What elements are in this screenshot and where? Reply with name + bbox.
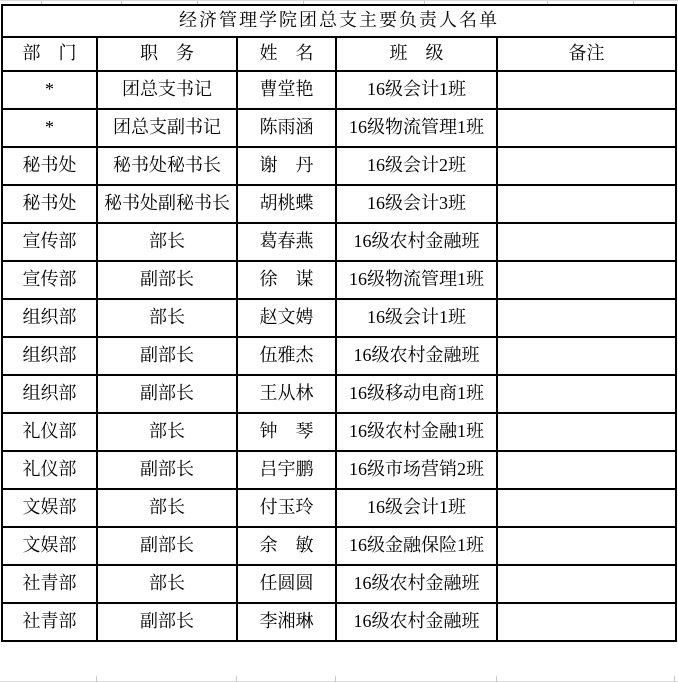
name-cell: 李湘琳: [237, 603, 336, 641]
name-cell: 谢 丹: [237, 147, 336, 185]
column-header-class: 班 级: [336, 37, 497, 71]
remark-cell: [497, 71, 676, 109]
department-cell: 礼仪部: [2, 451, 97, 489]
department-cell: 宣传部: [2, 261, 97, 299]
position-cell: 部长: [97, 489, 237, 527]
position-cell: 副部长: [97, 261, 237, 299]
page-title: 经济管理学院团总支主要负责人名单: [2, 5, 676, 37]
table-row: 组织部副部长王从林16级移动电商1班: [2, 375, 676, 413]
class-cell: 16级农村金融1班: [336, 413, 497, 451]
class-cell: 16级市场营销2班: [336, 451, 497, 489]
table-row: 秘书处秘书处副秘书长胡桃蝶16级会计3班: [2, 185, 676, 223]
table-row: *团总支副书记陈雨涵16级物流管理1班: [2, 109, 676, 147]
position-cell: 部长: [97, 299, 237, 337]
class-cell: 16级农村金融班: [336, 223, 497, 261]
department-cell: *: [2, 109, 97, 147]
table-row: 社青部副部长李湘琳16级农村金融班: [2, 603, 676, 641]
class-cell: 16级会计1班: [336, 299, 497, 337]
table-body: *团总支书记曹堂艳16级会计1班*团总支副书记陈雨涵16级物流管理1班秘书处秘书…: [2, 71, 676, 641]
position-cell: 部长: [97, 413, 237, 451]
name-cell: 徐 谋: [237, 261, 336, 299]
remark-cell: [497, 527, 676, 565]
class-cell: 16级金融保险1班: [336, 527, 497, 565]
table-row: 文娱部部长付玉玲16级会计1班: [2, 489, 676, 527]
position-cell: 团总支书记: [97, 71, 237, 109]
roster-table: 经济管理学院团总支主要负责人名单 部 门职 务姓 名班 级备注 *团总支书记曹堂…: [1, 4, 677, 642]
header-row: 部 门职 务姓 名班 级备注: [2, 37, 676, 71]
class-cell: 16级移动电商1班: [336, 375, 497, 413]
table-row: 礼仪部副部长吕宇鹏16级市场营销2班: [2, 451, 676, 489]
name-cell: 陈雨涵: [237, 109, 336, 147]
column-header-remark: 备注: [497, 37, 676, 71]
column-header-position: 职 务: [97, 37, 237, 71]
remark-cell: [497, 489, 676, 527]
department-cell: 文娱部: [2, 489, 97, 527]
name-cell: 王从林: [237, 375, 336, 413]
remark-cell: [497, 451, 676, 489]
position-cell: 副部长: [97, 527, 237, 565]
position-cell: 副部长: [97, 337, 237, 375]
class-cell: 16级会计1班: [336, 489, 497, 527]
table-row: 礼仪部部长钟 琴16级农村金融1班: [2, 413, 676, 451]
remark-cell: [497, 413, 676, 451]
name-cell: 吕宇鹏: [237, 451, 336, 489]
position-cell: 秘书处秘书长: [97, 147, 237, 185]
column-header-department: 部 门: [2, 37, 97, 71]
name-cell: 胡桃蝶: [237, 185, 336, 223]
remark-cell: [497, 223, 676, 261]
department-cell: 组织部: [2, 375, 97, 413]
remark-cell: [497, 603, 676, 641]
position-cell: 团总支副书记: [97, 109, 237, 147]
table-row: 社青部部长任圆圆16级农村金融班: [2, 565, 676, 603]
position-cell: 副部长: [97, 603, 237, 641]
position-cell: 副部长: [97, 375, 237, 413]
position-cell: 秘书处副秘书长: [97, 185, 237, 223]
remark-cell: [497, 109, 676, 147]
remark-cell: [497, 299, 676, 337]
table-row: 宣传部部长葛春燕16级农村金融班: [2, 223, 676, 261]
remark-cell: [497, 147, 676, 185]
class-cell: 16级农村金融班: [336, 565, 497, 603]
class-cell: 16级物流管理1班: [336, 109, 497, 147]
name-cell: 付玉玲: [237, 489, 336, 527]
position-cell: 部长: [97, 223, 237, 261]
column-header-name: 姓 名: [237, 37, 336, 71]
department-cell: 社青部: [2, 565, 97, 603]
table-row: 组织部副部长伍雅杰16级农村金融班: [2, 337, 676, 375]
title-row: 经济管理学院团总支主要负责人名单: [2, 5, 676, 37]
name-cell: 曹堂艳: [237, 71, 336, 109]
class-cell: 16级会计2班: [336, 147, 497, 185]
department-cell: 宣传部: [2, 223, 97, 261]
department-cell: 组织部: [2, 337, 97, 375]
department-cell: 礼仪部: [2, 413, 97, 451]
class-cell: 16级会计1班: [336, 71, 497, 109]
name-cell: 任圆圆: [237, 565, 336, 603]
remark-cell: [497, 261, 676, 299]
name-cell: 葛春燕: [237, 223, 336, 261]
table-row: 秘书处秘书处秘书长谢 丹16级会计2班: [2, 147, 676, 185]
department-cell: 文娱部: [2, 527, 97, 565]
department-cell: 秘书处: [2, 147, 97, 185]
table-row: 宣传部副部长徐 谋16级物流管理1班: [2, 261, 676, 299]
name-cell: 钟 琴: [237, 413, 336, 451]
name-cell: 余 敏: [237, 527, 336, 565]
remark-cell: [497, 185, 676, 223]
name-cell: 伍雅杰: [237, 337, 336, 375]
table-row: 组织部部长赵文娉16级会计1班: [2, 299, 676, 337]
class-cell: 16级农村金融班: [336, 337, 497, 375]
table-row: *团总支书记曹堂艳16级会计1班: [2, 71, 676, 109]
position-cell: 副部长: [97, 451, 237, 489]
bottom-gridlines: [0, 676, 678, 682]
position-cell: 部长: [97, 565, 237, 603]
table-row: 文娱部副部长余 敏16级金融保险1班: [2, 527, 676, 565]
remark-cell: [497, 565, 676, 603]
remark-cell: [497, 337, 676, 375]
department-cell: 秘书处: [2, 185, 97, 223]
department-cell: 组织部: [2, 299, 97, 337]
department-cell: *: [2, 71, 97, 109]
class-cell: 16级农村金融班: [336, 603, 497, 641]
department-cell: 社青部: [2, 603, 97, 641]
remark-cell: [497, 375, 676, 413]
name-cell: 赵文娉: [237, 299, 336, 337]
class-cell: 16级会计3班: [336, 185, 497, 223]
class-cell: 16级物流管理1班: [336, 261, 497, 299]
